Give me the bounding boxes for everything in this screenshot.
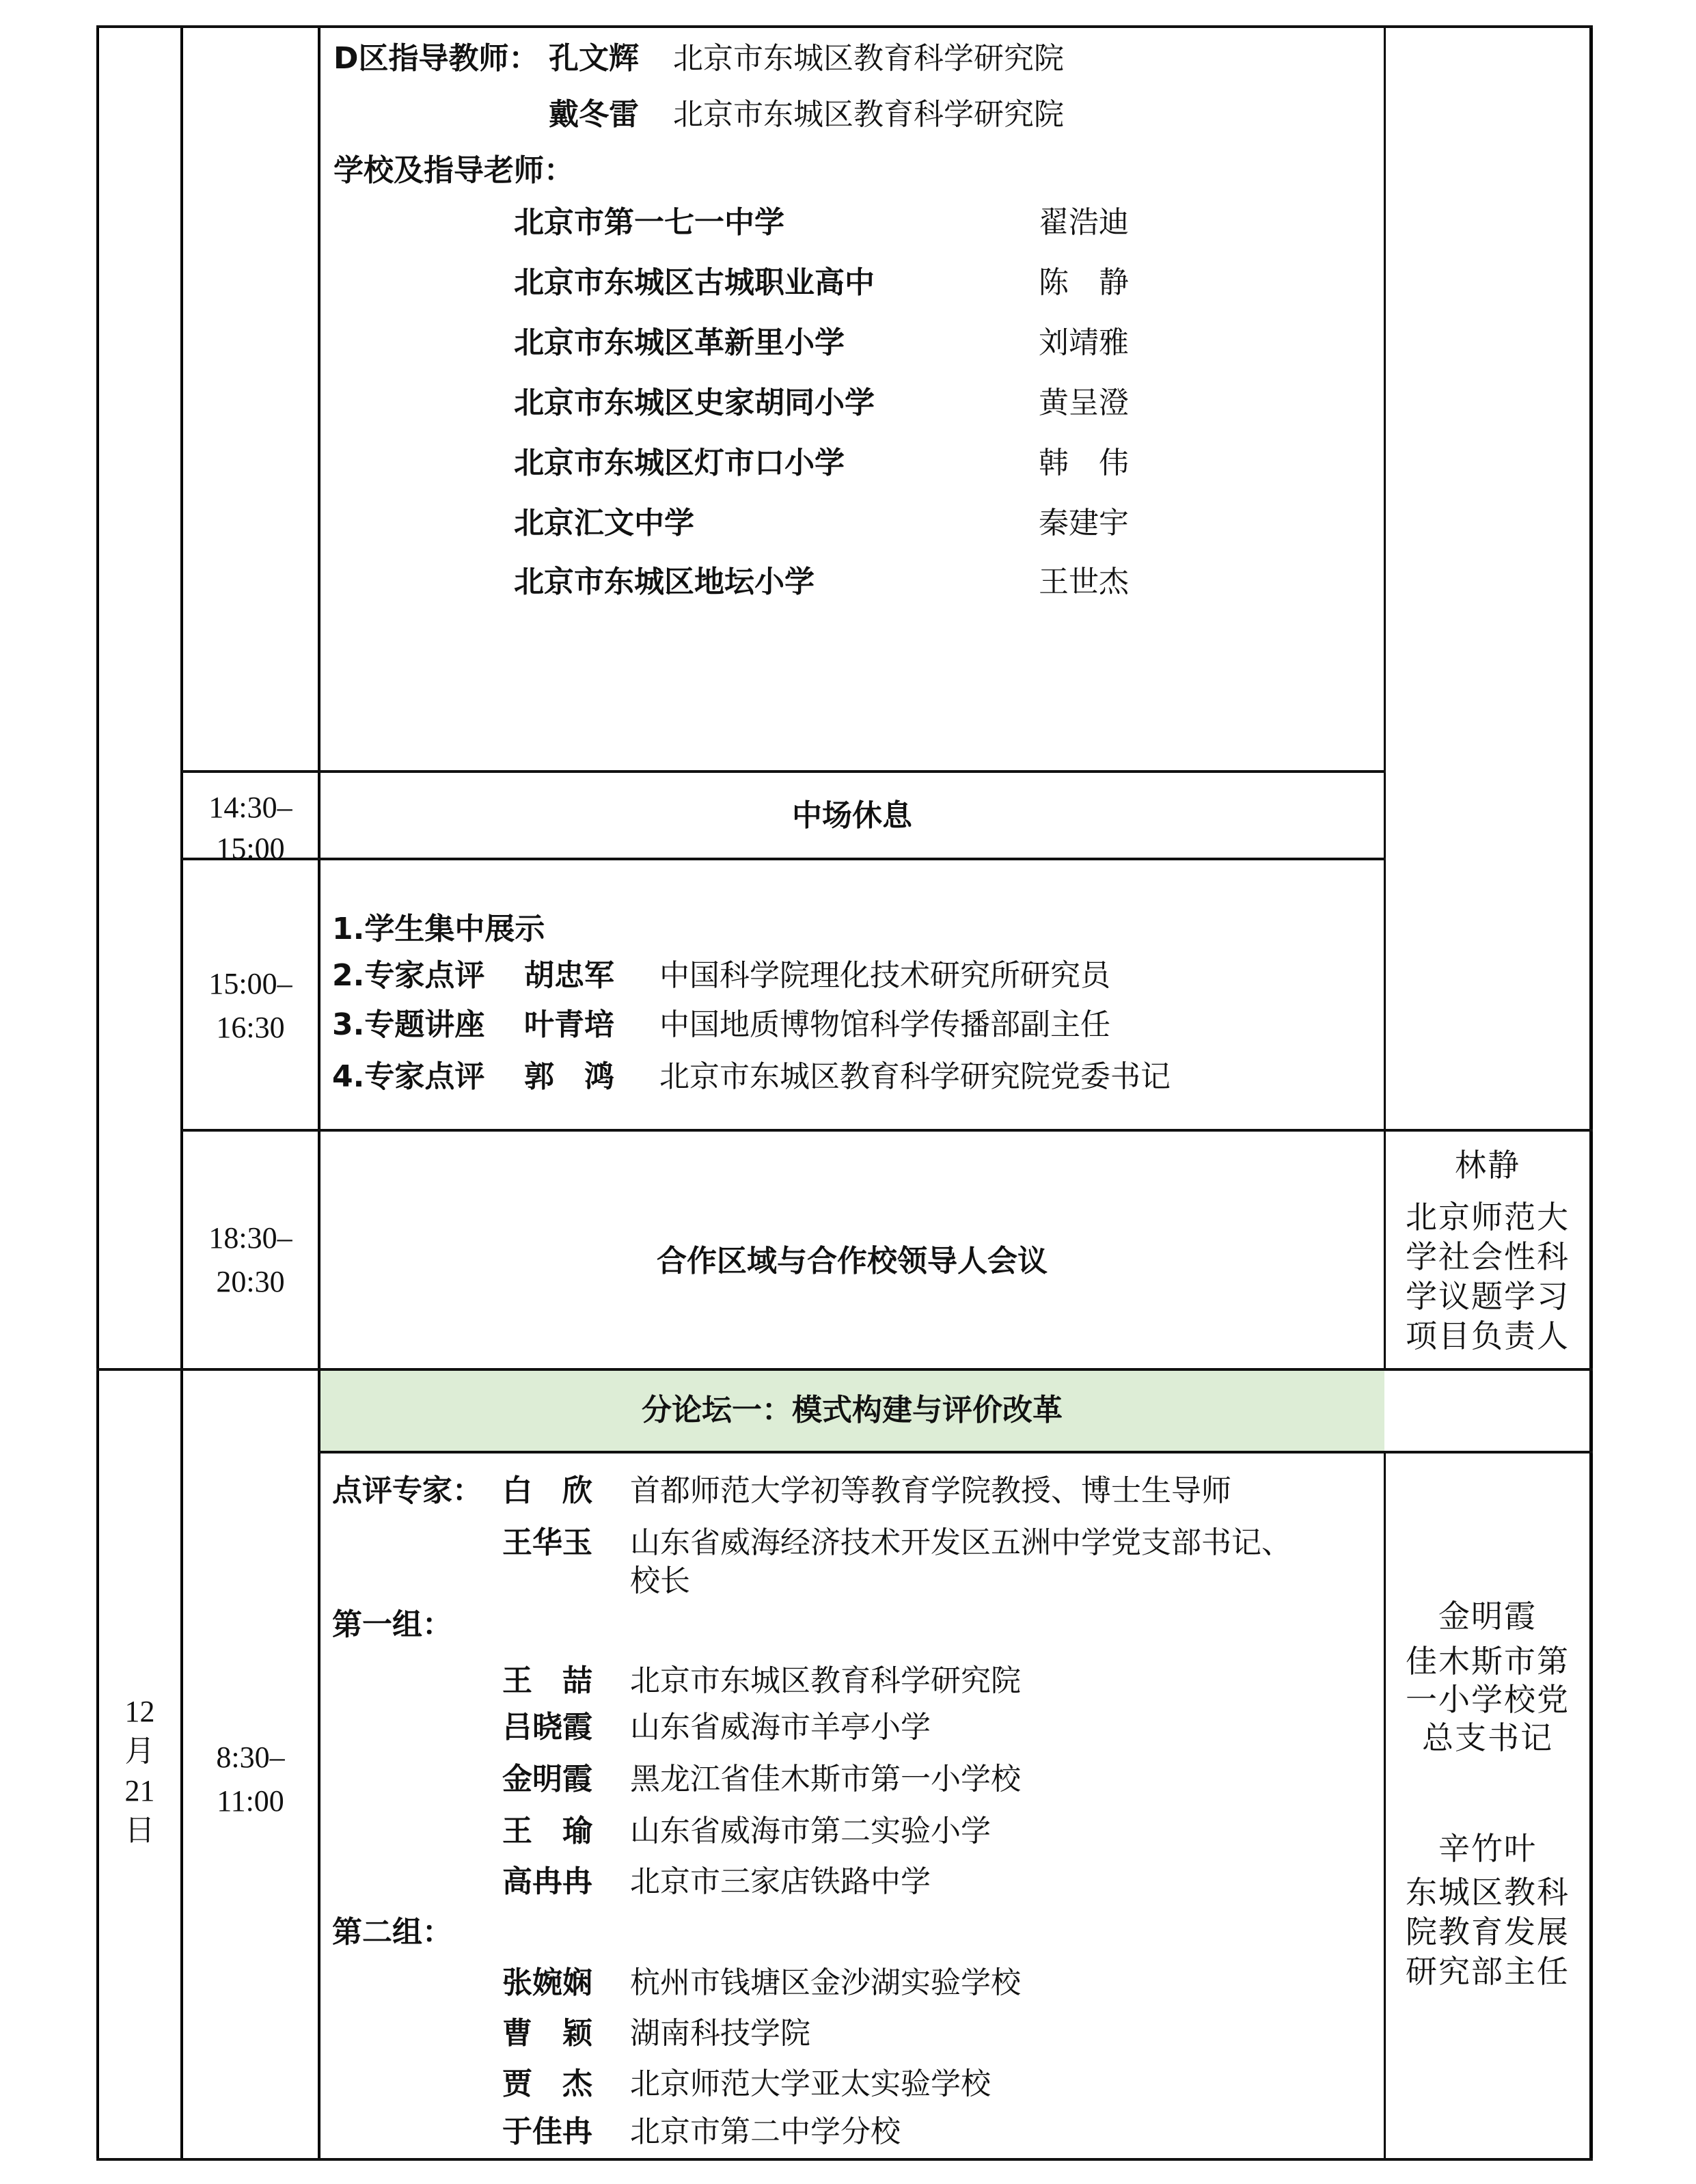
reviewer-name: 王华玉	[502, 1525, 592, 1561]
host-title-line: 一小学校党	[1386, 1680, 1589, 1719]
talk-org: 北京市东城区教育科学研究院党委书记	[659, 1059, 1171, 1095]
talk-org: 中国科学院理化技术研究所研究员	[659, 958, 1110, 994]
border-time-content	[318, 25, 320, 2161]
border-right	[1589, 25, 1593, 2161]
time-start: 14:30–	[183, 786, 318, 830]
school-name: 北京市东城区地坛小学	[514, 564, 815, 600]
member-name: 贾 杰	[502, 2066, 592, 2102]
border-row-talks-top	[182, 858, 1386, 860]
talk-label: 3.专题讲座	[332, 1007, 484, 1043]
time-start: 8:30–	[183, 1736, 318, 1779]
school-teacher: 秦建宇	[1039, 506, 1129, 541]
meeting-title: 合作区域与合作校领导人会议	[320, 1244, 1384, 1279]
host-title-line: 学议题学习	[1386, 1277, 1589, 1316]
school-teacher: 陈 静	[1039, 265, 1129, 301]
talk-label: 4.专家点评	[332, 1059, 484, 1095]
talk-label: 1.学生集中展示	[332, 912, 545, 947]
reviewer-org: 首都师范大学初等教育学院教授、博士生导师	[630, 1473, 1231, 1509]
border-forum-header-bottom	[318, 1451, 1593, 1453]
border-row-meeting-top	[182, 1129, 1593, 1132]
host-title-line: 佳木斯市第	[1386, 1641, 1589, 1681]
reviewers-label: 点评专家：	[332, 1473, 482, 1509]
member-org: 湖南科技学院	[630, 2016, 810, 2051]
talk-name: 叶青培	[524, 1007, 614, 1043]
date-line: 12	[99, 1692, 180, 1732]
member-name: 金明霞	[502, 1762, 592, 1797]
school-name: 北京市东城区古城职业高中	[514, 265, 875, 301]
time-start: 15:00–	[183, 962, 318, 1006]
school-name: 北京市东城区革新里小学	[514, 325, 845, 361]
talk-label: 2.专家点评	[332, 958, 484, 994]
time-end: 20:30	[183, 1260, 318, 1304]
break-title: 中场休息	[320, 798, 1384, 834]
member-org: 北京市东城区教育科学研究院	[630, 1663, 1021, 1699]
host-title-line: 北京师范大	[1386, 1197, 1589, 1237]
school-teacher: 王世杰	[1039, 564, 1129, 600]
member-org: 山东省威海市羊亭小学	[630, 1710, 931, 1745]
host-title-line: 院教育发展	[1386, 1912, 1589, 1952]
school-teacher: 翟浩迪	[1039, 205, 1129, 241]
talk-org: 中国地质博物馆科学传播部副主任	[659, 1007, 1110, 1043]
school-name: 北京汇文中学	[514, 506, 694, 541]
mentor-org: 北京市东城区教育科学研究院	[673, 41, 1064, 77]
member-name: 王 瑜	[502, 1814, 592, 1849]
school-name: 北京市东城区灯市口小学	[514, 446, 845, 481]
group2-label: 第二组：	[332, 1915, 452, 1950]
member-org: 北京市第二中学分校	[630, 2114, 901, 2150]
host-title-line: 东城区教科	[1386, 1872, 1589, 1912]
member-name: 于佳冉	[502, 2114, 592, 2150]
host-title-line: 学社会性科	[1386, 1237, 1589, 1277]
host-name: 金明霞	[1386, 1596, 1589, 1636]
member-org: 杭州市钱塘区金沙湖实验学校	[630, 1965, 1021, 2001]
mentor-name: 孔文辉	[549, 41, 639, 77]
border-content-host-bottom	[1384, 1452, 1386, 2161]
reviewer-org-cont: 校长	[630, 1564, 690, 1599]
time-end: 15:00	[183, 827, 318, 871]
group1-label: 第一组：	[332, 1607, 452, 1643]
member-org: 黑龙江省佳木斯市第一小学校	[630, 1762, 1021, 1797]
border-top	[96, 25, 1593, 28]
talk-name: 郭 鸿	[524, 1059, 614, 1095]
schools-label: 学校及指导老师：	[333, 153, 574, 189]
mentor-name: 戴冬雷	[549, 97, 639, 133]
reviewer-name: 白 欣	[502, 1473, 592, 1509]
member-name: 王 喆	[502, 1663, 592, 1699]
member-org: 北京市三家店铁路中学	[630, 1864, 931, 1900]
school-name: 北京市东城区史家胡同小学	[514, 385, 875, 421]
time-end: 11:00	[183, 1779, 318, 1823]
border-date-time	[180, 25, 183, 2161]
host-title-line: 项目负责人	[1386, 1316, 1589, 1356]
school-teacher: 刘靖雅	[1039, 325, 1129, 361]
member-name: 张婉娴	[502, 1965, 592, 2001]
host-title-line: 研究部主任	[1386, 1952, 1589, 1991]
date-line: 日	[99, 1811, 180, 1851]
member-name: 高冉冉	[502, 1864, 592, 1900]
mentor-label: D区指导教师：	[333, 41, 539, 77]
talk-name: 胡忠军	[524, 958, 614, 994]
member-name: 吕晓霞	[502, 1710, 592, 1745]
member-org: 山东省威海市第二实验小学	[630, 1814, 991, 1849]
time-end: 16:30	[183, 1006, 318, 1050]
school-teacher: 韩 伟	[1039, 446, 1129, 481]
host-title-line: 总支书记	[1386, 1718, 1589, 1758]
border-row-break-top	[182, 770, 1386, 773]
time-start: 18:30–	[183, 1216, 318, 1260]
reviewer-org: 山东省威海经济技术开发区五洲中学党支部书记、	[630, 1525, 1291, 1561]
host-name: 林静	[1386, 1145, 1589, 1185]
border-bottom	[96, 2158, 1593, 2161]
school-teacher: 黄呈澄	[1039, 385, 1129, 421]
school-name: 北京市第一七一中学	[514, 205, 784, 241]
member-org: 北京师范大学亚太实验学校	[630, 2066, 991, 2102]
border-day2-top	[96, 1368, 1593, 1371]
host-name: 辛竹叶	[1386, 1829, 1589, 1868]
forum-title: 分论坛一：模式构建与评价改革	[320, 1393, 1384, 1428]
date-line: 21	[99, 1771, 180, 1811]
mentor-org: 北京市东城区教育科学研究院	[673, 97, 1064, 133]
date-line: 月	[99, 1732, 180, 1771]
member-name: 曹 颖	[502, 2016, 592, 2051]
